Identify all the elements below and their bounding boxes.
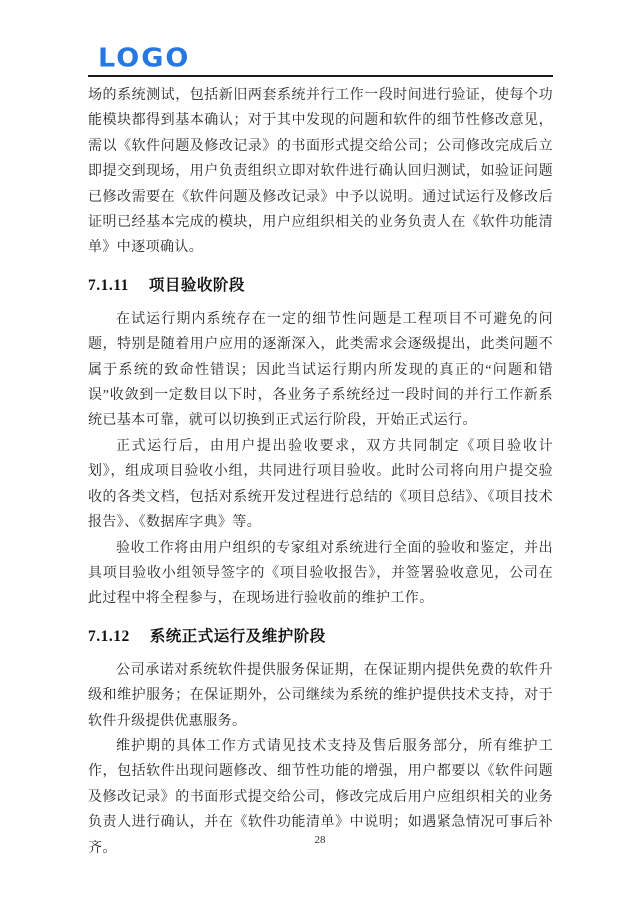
page-footer: 28 bbox=[0, 830, 640, 848]
paragraph: 验收工作将由用户组织的专家组对系统进行全面的验收和鉴定，并出具项目验收小组领导签… bbox=[88, 536, 553, 612]
section-heading-7-1-12: 7.1.12系统正式运行及维护阶段 bbox=[88, 624, 553, 646]
document-page: LOGO 场的系统测试，包括新旧两套系统并行工作一段时间进行验证，使每个功能模块… bbox=[0, 0, 640, 906]
page-number: 28 bbox=[315, 834, 326, 846]
page-header: LOGO bbox=[88, 44, 553, 77]
paragraph: 公司承诺对系统软件提供服务保证期，在保证期内提供免费的软件升级和维护服务；在保证… bbox=[88, 658, 553, 734]
section-number: 7.1.11 bbox=[88, 277, 129, 295]
document-body: 场的系统测试，包括新旧两套系统并行工作一段时间进行验证，使每个功能模块都得到基本… bbox=[88, 83, 553, 861]
section-title: 项目验收阶段 bbox=[149, 277, 245, 294]
paragraph: 在试运行期内系统存在一定的细节性问题是工程项目不可避免的问题，特别是随着用户应用… bbox=[88, 307, 553, 434]
header-rule bbox=[88, 75, 553, 77]
company-logo: LOGO bbox=[98, 45, 190, 72]
paragraph: 正式运行后，由用户提出验收要求，双方共同制定《项目验收计划》，组成项目验收小组，… bbox=[88, 434, 553, 536]
section-number: 7.1.12 bbox=[88, 628, 130, 646]
section-title: 系统正式运行及维护阶段 bbox=[150, 628, 326, 645]
continuation-paragraph: 场的系统测试，包括新旧两套系统并行工作一段时间进行验证，使每个功能模块都得到基本… bbox=[88, 83, 553, 261]
section-heading-7-1-11: 7.1.11项目验收阶段 bbox=[88, 273, 553, 295]
